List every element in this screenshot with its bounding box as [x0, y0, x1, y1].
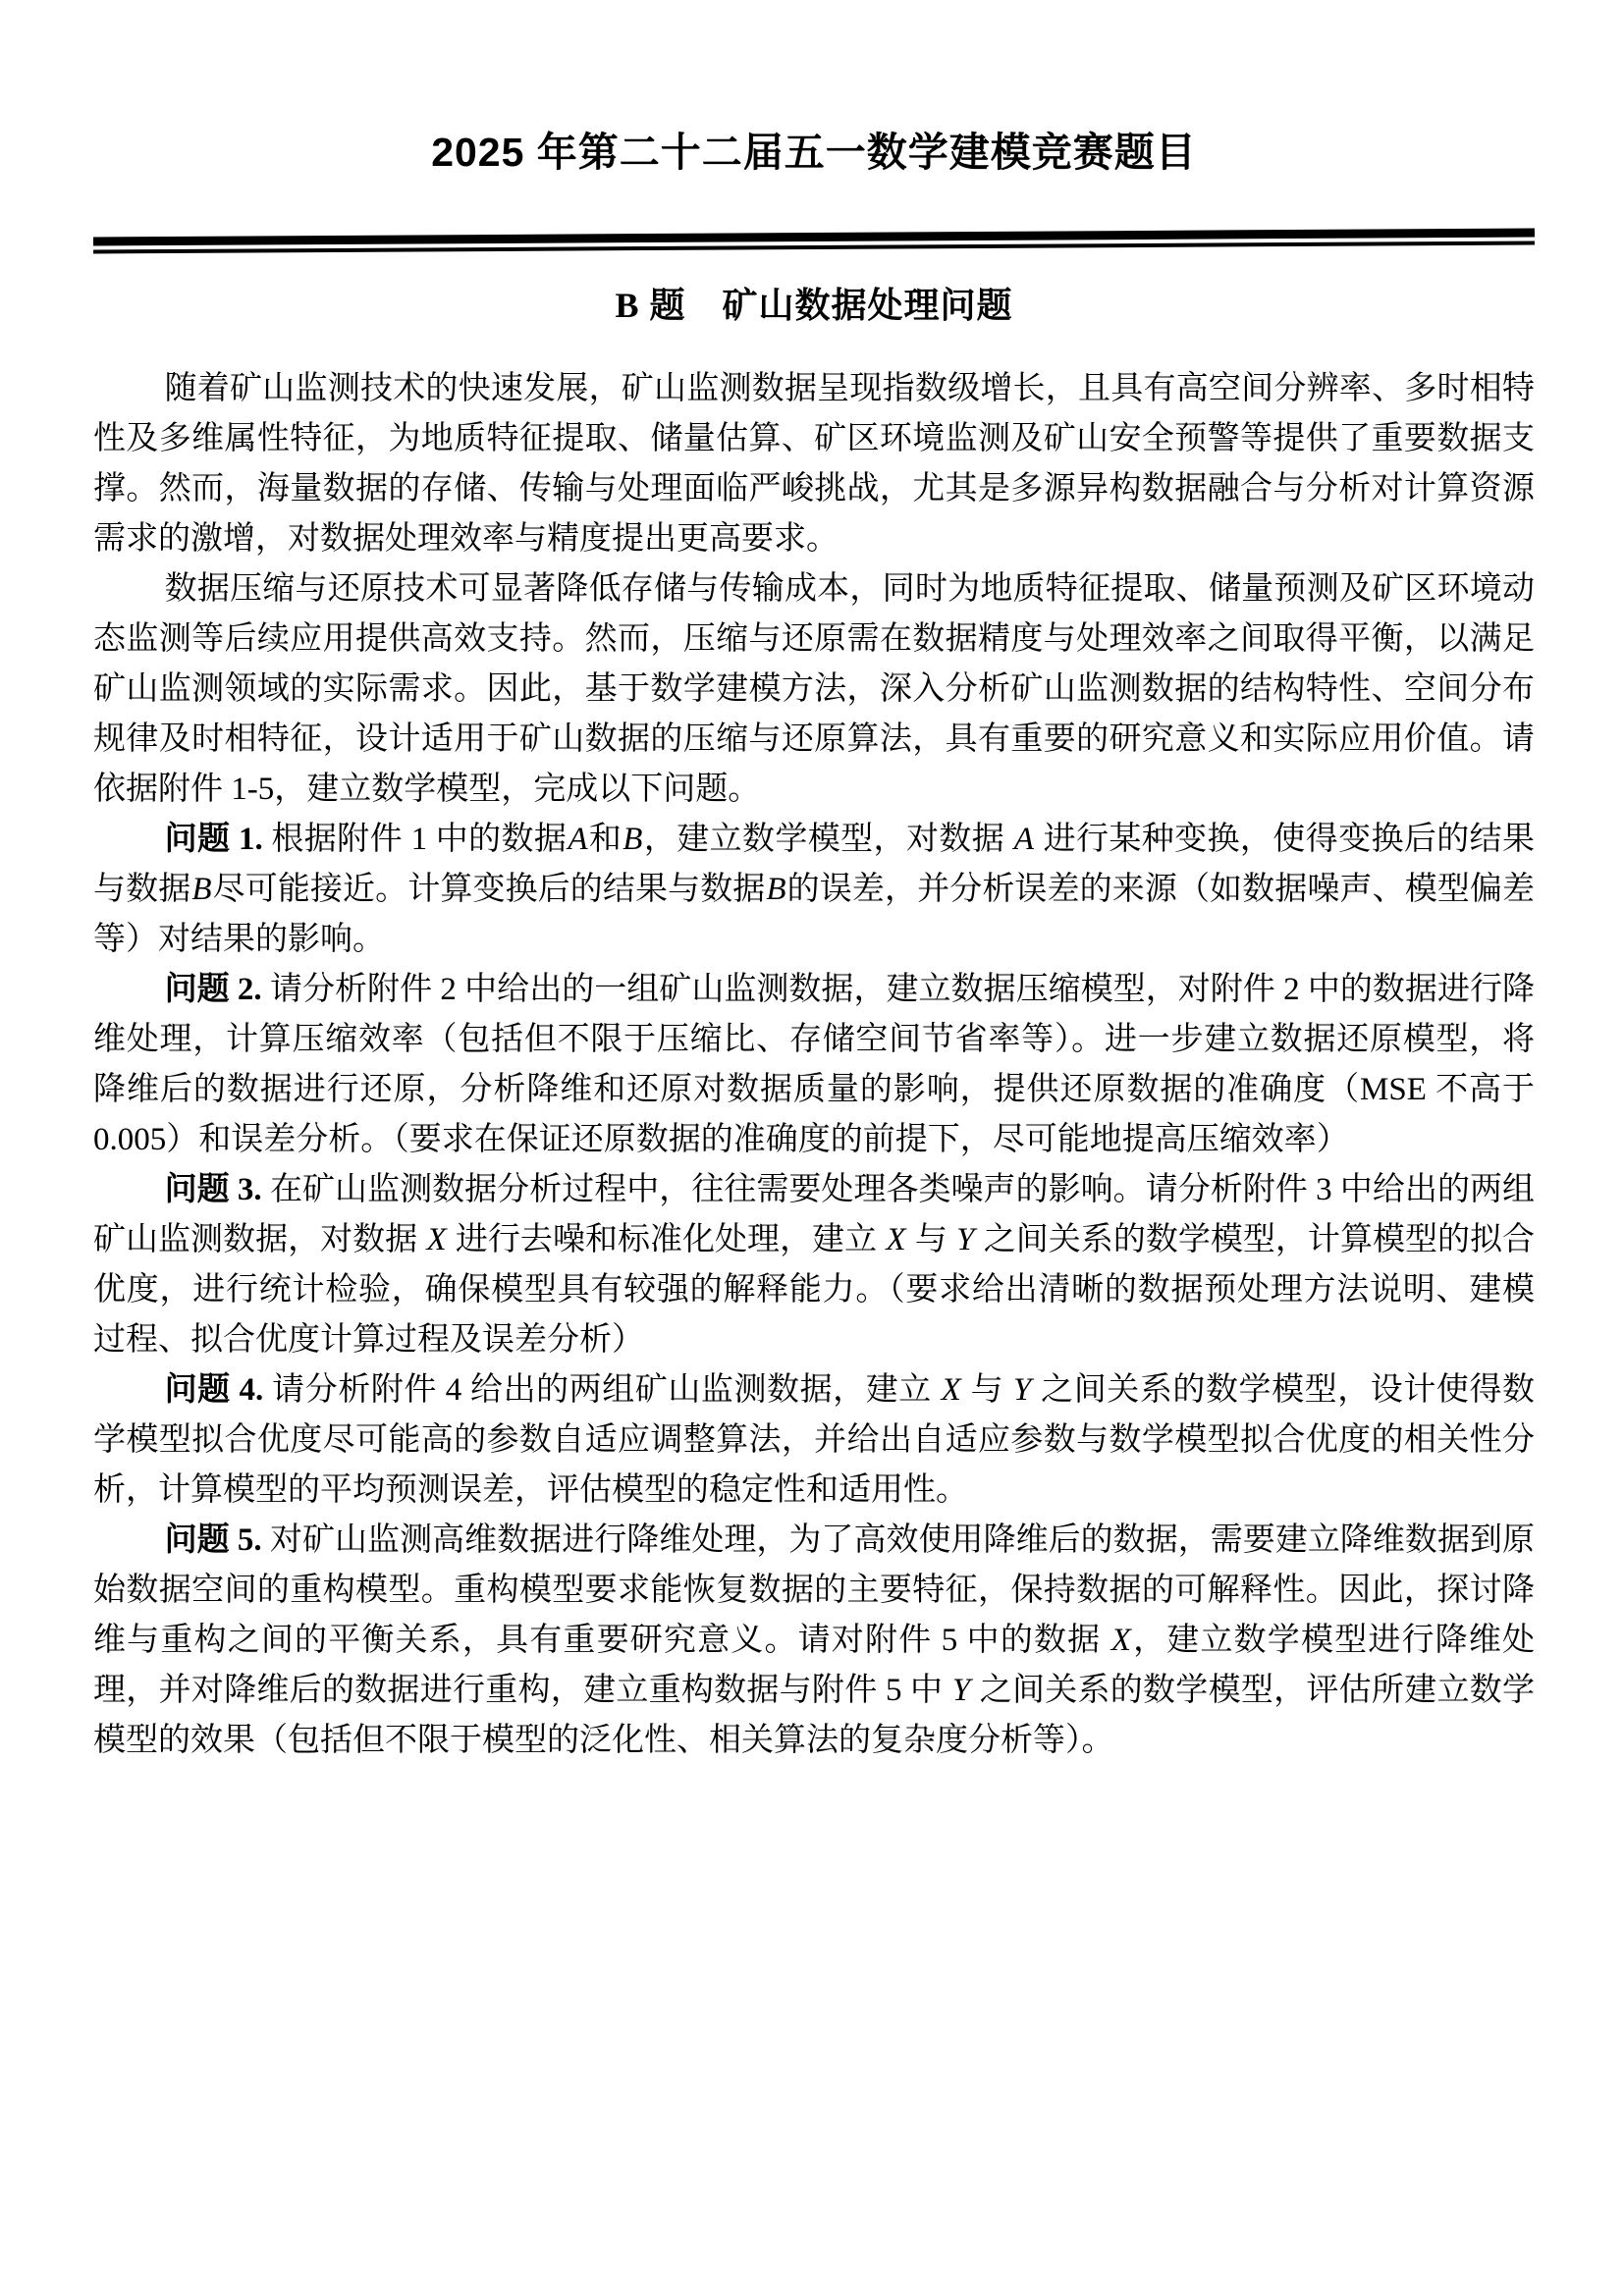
paragraph-problem-1: 问题 1. 根据附件 1 中的数据A和B，建立数学模型，对数据 A 进行某种变换…	[93, 815, 1535, 965]
math-variable: X	[1110, 1623, 1132, 1658]
problem-body: 随着矿山监测技术的快速发展，矿山监测数据呈现指数级增长，且具有高空间分辨率、多时…	[93, 364, 1535, 1766]
problem-label: 问题 4.	[165, 1372, 264, 1408]
title-divider	[93, 229, 1535, 254]
problem-subtitle: B 题 矿山数据处理问题	[93, 285, 1535, 327]
math-variable: Y	[951, 1673, 971, 1708]
math-variable: Y	[1012, 1372, 1032, 1408]
text-run: 与	[907, 1222, 956, 1257]
problem-label: 问题 3.	[165, 1172, 262, 1207]
text-run: ，建立数学模型，对数据	[643, 822, 1012, 857]
page-title: 2025 年第二十二届五一数学建模竞赛题目	[93, 128, 1535, 178]
math-variable: B	[622, 822, 643, 857]
text-run: 请分析附件 2 中给出的一组矿山监测数据，建立数据压缩模型，对附件 2 中的数据…	[93, 972, 1535, 1157]
paragraph-problem-2: 问题 2. 请分析附件 2 中给出的一组矿山监测数据，建立数据压缩模型，对附件 …	[93, 965, 1535, 1165]
paragraph-problem-5: 问题 5. 对矿山监测高维数据进行降维处理，为了高效使用降维后的数据，需要建立降…	[93, 1516, 1535, 1766]
text-run: 请分析附件 4 给出的两组矿山监测数据，建立	[263, 1372, 940, 1408]
paragraph-intro-2: 数据压缩与还原技术可显著降低存储与传输成本，同时为地质特征提取、储量预测及矿区环…	[93, 564, 1535, 815]
paragraph-problem-3: 问题 3. 在矿山监测数据分析过程中，往往需要处理各类噪声的影响。请分析附件 3…	[93, 1165, 1535, 1365]
math-variable: Y	[955, 1222, 975, 1257]
text-run: 随着矿山监测技术的快速发展，矿山监测数据呈现指数级增长，且具有高空间分辨率、多时…	[93, 371, 1535, 557]
problem-label: 问题 2.	[165, 972, 262, 1007]
paragraph-problem-4: 问题 4. 请分析附件 4 给出的两组矿山监测数据，建立 X 与 Y 之间关系的…	[93, 1365, 1535, 1516]
problem-label: 问题 5.	[165, 1522, 262, 1558]
problem-label: 问题 1.	[165, 822, 263, 857]
text-run: 与	[962, 1372, 1012, 1408]
math-variable: B	[190, 872, 212, 907]
text-run: 根据附件 1 中的数据	[263, 822, 568, 857]
math-variable: X	[885, 1222, 906, 1257]
paragraph-intro-1: 随着矿山监测技术的快速发展，矿山监测数据呈现指数级增长，且具有高空间分辨率、多时…	[93, 364, 1535, 564]
text-run: 进行去噪和标准化处理，建立	[448, 1222, 886, 1257]
document-page: 2025 年第二十二届五一数学建模竞赛题目 B 题 矿山数据处理问题 随着矿山监…	[0, 0, 1624, 2296]
text-run: 数据压缩与还原技术可显著降低存储与传输成本，同时为地质特征提取、储量预测及矿区环…	[93, 571, 1535, 807]
math-variable: X	[941, 1372, 962, 1408]
math-variable: X	[425, 1222, 447, 1257]
math-variable: A	[567, 822, 588, 857]
math-variable: B	[765, 872, 786, 907]
text-run: 和	[588, 822, 622, 857]
math-variable: A	[1013, 822, 1035, 857]
text-run: 尽可能接近。计算变换后的结果与数据	[213, 872, 766, 907]
